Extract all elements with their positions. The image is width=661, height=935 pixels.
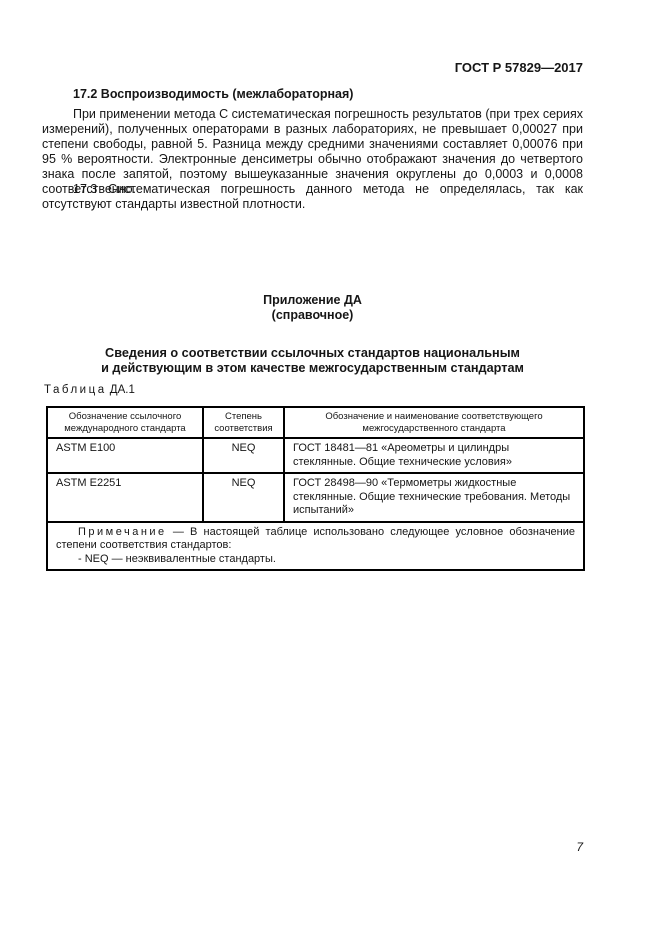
appendix-kind: (справочное): [42, 308, 583, 323]
table-row: ASTM E100 NEQ ГОСТ 18481—81 «Ареометры и…: [47, 438, 584, 473]
header-cell-degree: Степень соответствия: [203, 407, 284, 438]
running-header-standard-number: ГОСТ Р 57829—2017: [42, 60, 583, 75]
appendix-title: Сведения о соответствии ссылочных станда…: [42, 346, 583, 376]
appendix-title-line1: Сведения о соответствии ссылочных станда…: [42, 346, 583, 361]
section-heading-17-2: 17.2 Воспроизводимость (межлабораторная): [42, 87, 614, 101]
table-note: Примечание — В настоящей таблице использ…: [47, 522, 584, 571]
appendix-label: Приложение ДА: [42, 293, 583, 308]
standard-document-page: ГОСТ Р 57829—2017 17.2 Воспроизводимость…: [0, 0, 661, 935]
cell-matching-standard: ГОСТ 18481—81 «Ареометры и цилиндры стек…: [284, 438, 584, 473]
table-caption-word: Таблица: [44, 384, 107, 396]
table-caption: Таблица ДА.1: [44, 384, 135, 396]
table-note-row: Примечание — В настоящей таблице использ…: [47, 522, 584, 571]
note-label: Примечание: [78, 526, 167, 538]
table-header-row: Обозначение ссылочного международного ст…: [47, 407, 584, 438]
reference-standards-table: Обозначение ссылочного международного ст…: [46, 406, 585, 571]
header-cell-reference-standard: Обозначение ссылочного международного ст…: [47, 407, 203, 438]
header-cell-matching-standard: Обозначение и наименование соответствующ…: [284, 407, 584, 438]
page-number: 7: [42, 840, 585, 854]
note-paragraph: Примечание — В настоящей таблице использ…: [56, 526, 575, 553]
paragraph-17-3: 17.3 Систематическая погрешность данного…: [42, 182, 583, 212]
cell-degree: NEQ: [203, 473, 284, 522]
cell-matching-standard: ГОСТ 28498—90 «Термометры жидкостные сте…: [284, 473, 584, 522]
cell-reference-standard: ASTM E100: [47, 438, 203, 473]
note-item-neq: - NEQ — неэквивалентные стандарты.: [56, 553, 575, 567]
note-dash: —: [173, 526, 184, 538]
table-caption-number: ДА.1: [110, 384, 135, 396]
cell-degree: NEQ: [203, 438, 284, 473]
appendix-heading: Приложение ДА (справочное): [42, 293, 583, 323]
appendix-title-line2: и действующим в этом качестве межгосудар…: [42, 361, 583, 376]
table-row: ASTM E2251 NEQ ГОСТ 28498—90 «Термометры…: [47, 473, 584, 522]
cell-reference-standard: ASTM E2251: [47, 473, 203, 522]
